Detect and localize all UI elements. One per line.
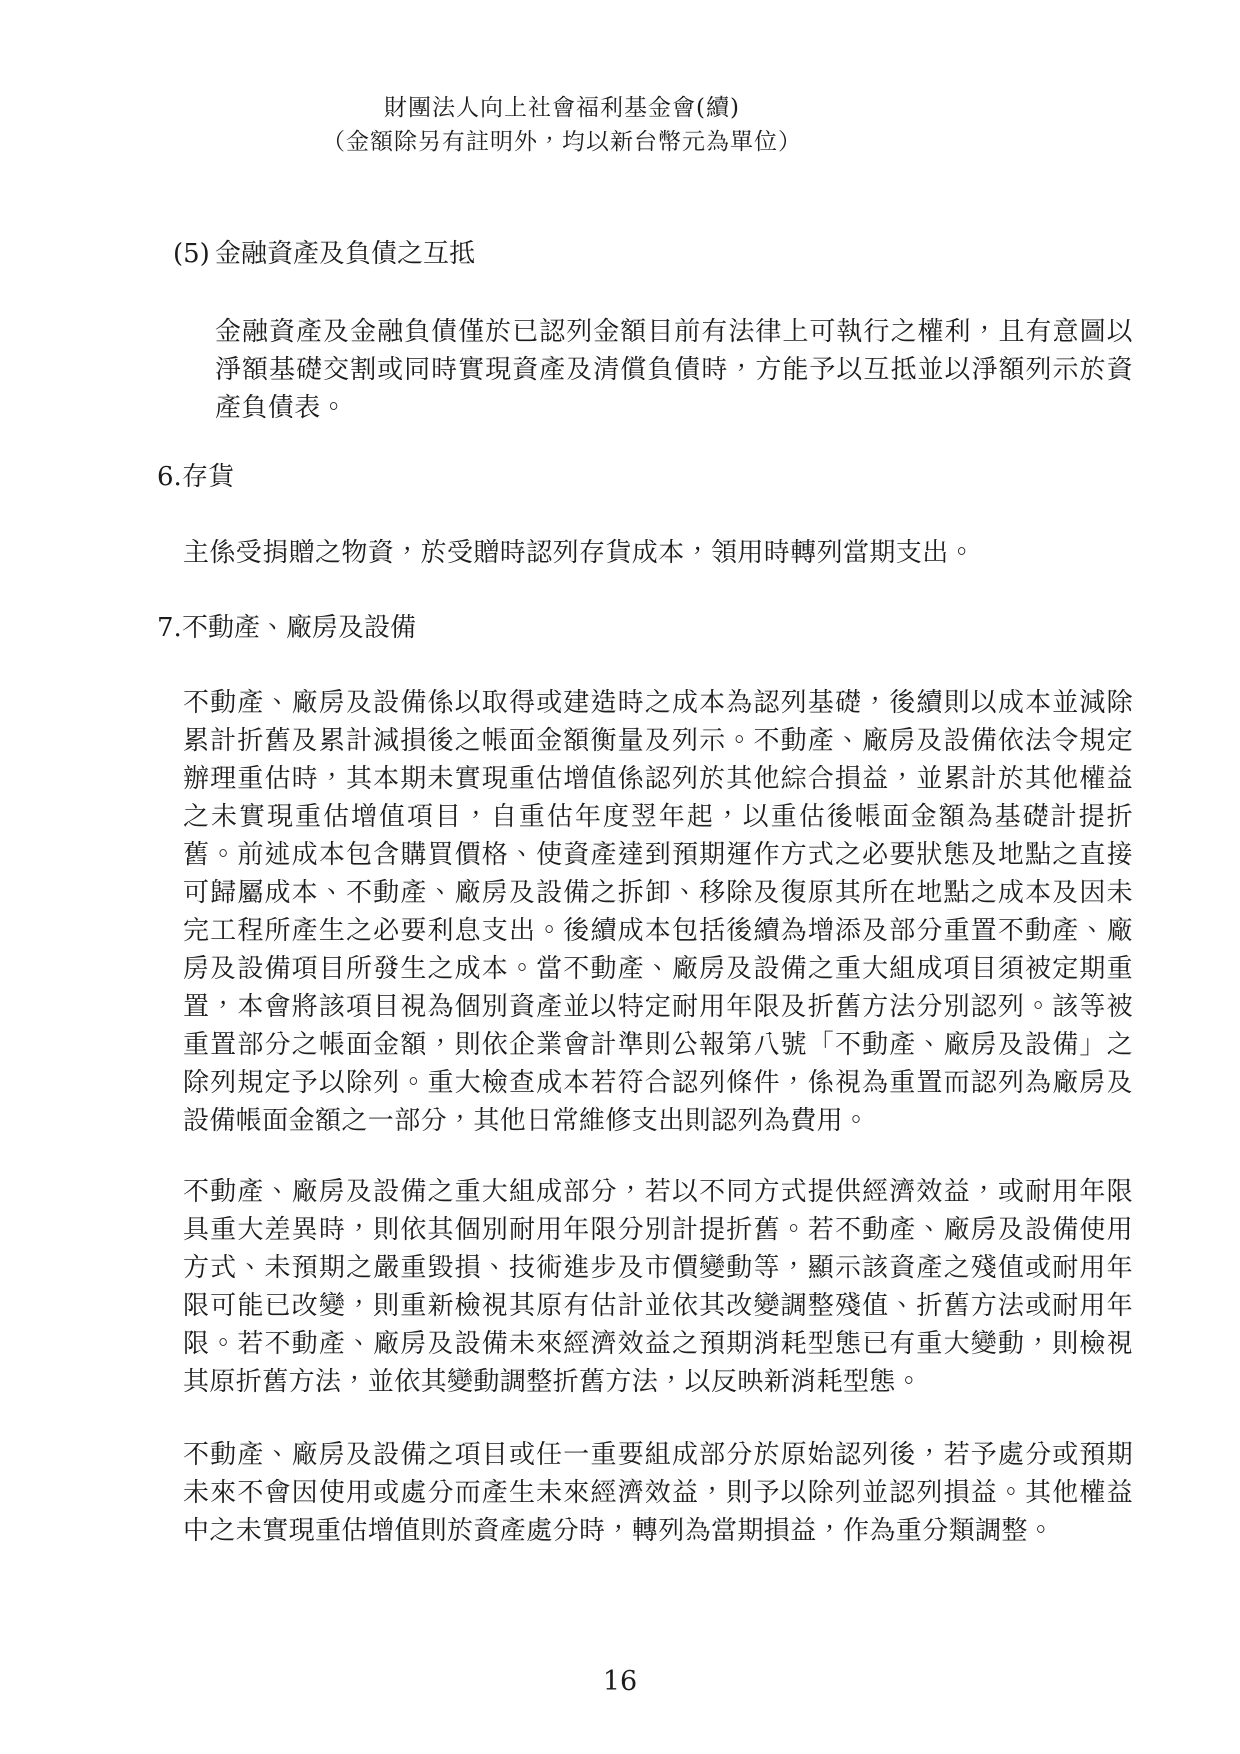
section-6-title: 存貨 (182, 462, 234, 492)
section-7-paragraph-1: 不動產、廠房及設備係以取得或建造時之成本為認列基礎，後續則以成本並減除累計折舊及… (183, 684, 1133, 1140)
section-6-marker: 6. (157, 458, 182, 496)
section-7-heading: 7.不動產、廠房及設備 (157, 609, 416, 647)
section-5-title: 金融資產及負債之互抵 (215, 239, 475, 269)
section-6-paragraph: 主係受捐贈之物資，於受贈時認列存貨成本，領用時轉列當期支出。 (183, 534, 1133, 572)
section-7-paragraph-3: 不動產、廠房及設備之項目或任一重要組成部分於原始認列後，若予處分或預期未來不會因… (183, 1436, 1133, 1550)
section-7-title: 不動產、廠房及設備 (182, 613, 416, 643)
section-5-paragraph: 金融資產及金融負債僅於已認列金額目前有法律上可執行之權利，且有意圖以淨額基礎交割… (215, 313, 1133, 427)
section-6-heading: 6.存貨 (157, 458, 234, 496)
section-7-paragraph-2: 不動產、廠房及設備之重大組成部分，若以不同方式提供經濟效益，或耐用年限具重大差異… (183, 1173, 1133, 1401)
document-page: 財團法人向上社會福利基金會(續) （金額除另有註明外，均以新台幣元為單位） (5… (0, 0, 1240, 1754)
section-5-heading: (5)金融資產及負債之互抵 (173, 235, 475, 273)
section-7-marker: 7. (157, 609, 182, 647)
document-subtitle: （金額除另有註明外，均以新台幣元為單位） (0, 125, 1124, 159)
section-5-marker: (5) (173, 235, 215, 273)
page-number: 16 (0, 1663, 1240, 1701)
document-title: 財團法人向上社會福利基金會(續) (0, 91, 1124, 125)
